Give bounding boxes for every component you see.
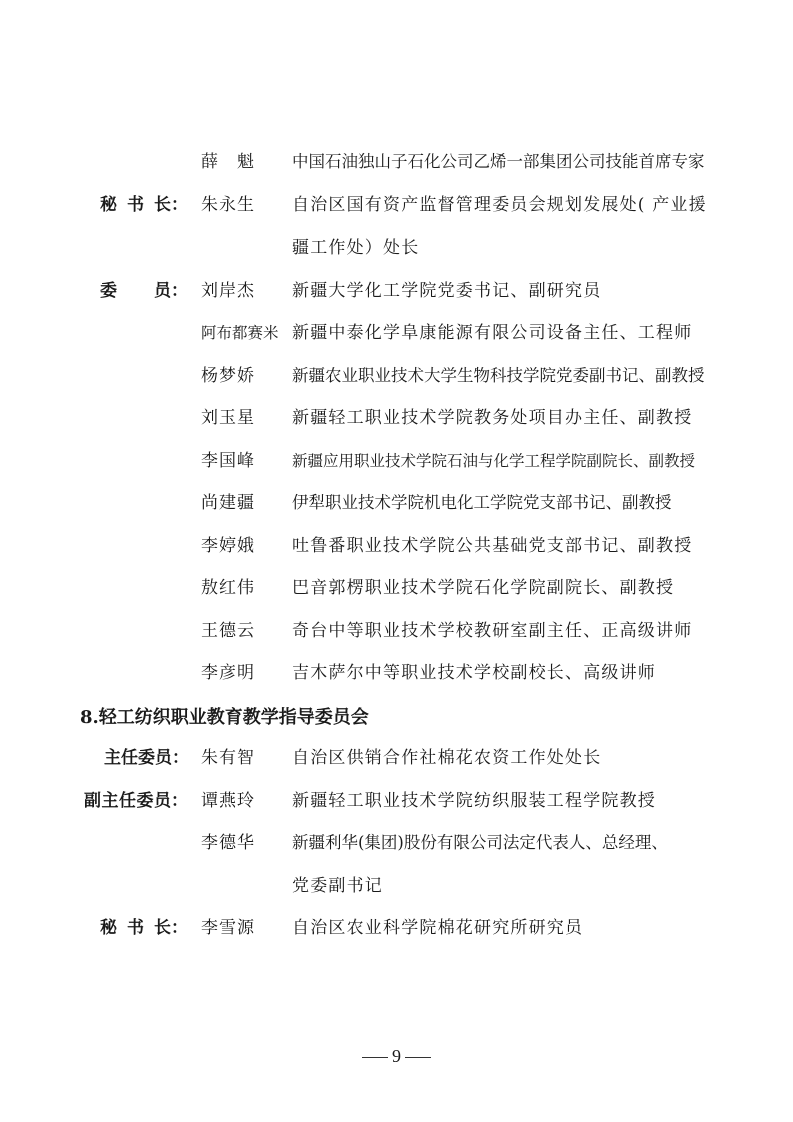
role-label-secretary-general: 秘 书 长： [100, 193, 188, 217]
member-row: 李德华 新疆利华(集团)股份有限公司法定代表人、总经理、 [0, 831, 793, 873]
member-name: 李婷娥 [201, 534, 287, 558]
member-title: 新疆轻工职业技术学院纺织服装工程学院教授 [292, 789, 722, 813]
dash-left [362, 1057, 388, 1058]
member-row: 敖红伟 巴音郭楞职业技术学院石化学院副院长、副教授 [0, 576, 793, 618]
member-name: 朱永生 [201, 193, 287, 217]
continuation-row: 党委副书记 [0, 874, 793, 916]
member-title-continued: 疆工作处）处长 [292, 236, 722, 260]
continuation-row: 疆工作处）处长 [0, 236, 793, 278]
member-name: 王德云 [201, 619, 287, 643]
member-name: 刘岸杰 [201, 279, 287, 303]
member-title: 新疆轻工职业技术学院教务处项目办主任、副教授 [292, 406, 722, 430]
member-row: 杨梦娇 新疆农业职业技术大学生物科技学院党委副书记、副教授 [0, 364, 793, 406]
member-name: 朱有智 [201, 746, 287, 770]
member-title: 奇台中等职业技术学校教研室副主任、正高级讲师 [292, 619, 722, 643]
page-number-footer: 9 [0, 1046, 793, 1067]
member-name: 敖红伟 [201, 576, 287, 600]
member-row: 李彦明 吉木萨尔中等职业技术学校副校长、高级讲师 [0, 661, 793, 703]
secretary-general-row: 秘 书 长： 李雪源 自治区农业科学院棉花研究所研究员 [0, 916, 793, 958]
document-page: 薛 魁 中国石油独山子石化公司乙烯一部集团公司技能首席专家 秘 书 长： 朱永生… [0, 0, 793, 1122]
member-title: 自治区国有资产监督管理委员会规划发展处( 产业援 [292, 193, 722, 217]
member-title: 伊犁职业技术学院机电化工学院党支部书记、副教授 [292, 491, 722, 515]
role-label-director: 主 任 委 员： [104, 746, 188, 770]
member-row: 委 员： 刘岸杰 新疆大学化工学院党委书记、副研究员 [0, 279, 793, 321]
member-title: 新疆中泰化学阜康能源有限公司设备主任、工程师 [292, 321, 722, 345]
member-name: 李彦明 [201, 661, 287, 685]
role-label-secretary-general: 秘 书 长： [100, 916, 188, 940]
member-title: 新疆利华(集团)股份有限公司法定代表人、总经理、 [292, 831, 722, 855]
member-name: 李雪源 [201, 916, 287, 940]
director-row: 主 任 委 员： 朱有智 自治区供销合作社棉花农资工作处处长 [0, 746, 793, 788]
member-name: 李德华 [201, 831, 287, 855]
member-name: 杨梦娇 [201, 364, 287, 388]
member-name: 李国峰 [201, 449, 287, 473]
member-row: 薛 魁 中国石油独山子石化公司乙烯一部集团公司技能首席专家 [0, 150, 793, 192]
member-title: 吉木萨尔中等职业技术学校副校长、高级讲师 [292, 661, 722, 685]
member-title: 中国石油独山子石化公司乙烯一部集团公司技能首席专家 [292, 150, 722, 174]
member-name: 刘玉星 [201, 406, 287, 430]
page-number: 9 [392, 1046, 401, 1066]
member-title: 新疆大学化工学院党委书记、副研究员 [292, 279, 722, 303]
member-title: 巴音郭楞职业技术学院石化学院副院长、副教授 [292, 576, 722, 600]
member-row: 尚建疆 伊犁职业技术学院机电化工学院党支部书记、副教授 [0, 491, 793, 533]
dash-right [405, 1057, 431, 1058]
member-row: 阿布都赛米 新疆中泰化学阜康能源有限公司设备主任、工程师 [0, 321, 793, 363]
member-name: 谭燕玲 [201, 789, 287, 813]
member-row: 李国峰 新疆应用职业技术学院石油与化学工程学院副院长、副教授 [0, 449, 793, 491]
member-title: 新疆农业职业技术大学生物科技学院党委副书记、副教授 [292, 364, 722, 388]
member-title: 新疆应用职业技术学院石油与化学工程学院副院长、副教授 [292, 449, 722, 473]
member-row: 王德云 奇台中等职业技术学校教研室副主任、正高级讲师 [0, 619, 793, 661]
member-title: 自治区农业科学院棉花研究所研究员 [292, 916, 722, 940]
member-title-continued: 党委副书记 [292, 874, 722, 898]
section-heading: 8.轻工纺织职业教育教学指导委员会 [80, 703, 369, 729]
member-row: 李婷娥 吐鲁番职业技术学院公共基础党支部书记、副教授 [0, 534, 793, 576]
member-name: 尚建疆 [201, 491, 287, 515]
member-name: 薛 魁 [201, 150, 255, 174]
member-title: 自治区供销合作社棉花农资工作处处长 [292, 746, 722, 770]
role-label-members: 委 员： [100, 279, 188, 303]
member-name: 阿布都赛米 [201, 321, 287, 345]
member-row: 刘玉星 新疆轻工职业技术学院教务处项目办主任、副教授 [0, 406, 793, 448]
deputy-director-row: 副 主 任 委 员： 谭燕玲 新疆轻工职业技术学院纺织服装工程学院教授 [0, 789, 793, 831]
role-label-deputy-director: 副 主 任 委 员： [84, 789, 188, 813]
secretary-general-row: 秘 书 长： 朱永生 自治区国有资产监督管理委员会规划发展处( 产业援 [0, 193, 793, 235]
member-title: 吐鲁番职业技术学院公共基础党支部书记、副教授 [292, 534, 722, 558]
